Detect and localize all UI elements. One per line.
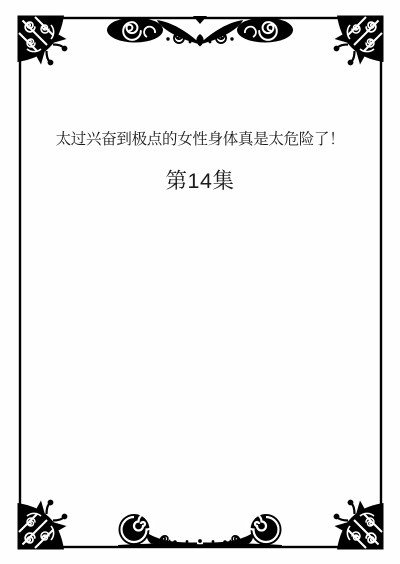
frame-border — [20, 18, 381, 547]
corner-ornament-bottom-right — [334, 500, 384, 550]
bottom-center-flourish — [118, 514, 282, 548]
corner-ornament-top-right — [334, 16, 384, 66]
chapter-number: 第14集 — [0, 170, 400, 194]
manga-title-page: 太过兴奋到极点的女性身体真是太危险了！ 第14集 — [0, 0, 400, 564]
top-center-flourish — [107, 16, 293, 47]
corner-ornament-bottom-left — [18, 500, 68, 550]
page-title: 太过兴奋到极点的女性身体真是太危险了！ — [0, 131, 400, 148]
ornamental-frame — [0, 0, 400, 564]
corner-ornament-top-left — [18, 16, 68, 66]
